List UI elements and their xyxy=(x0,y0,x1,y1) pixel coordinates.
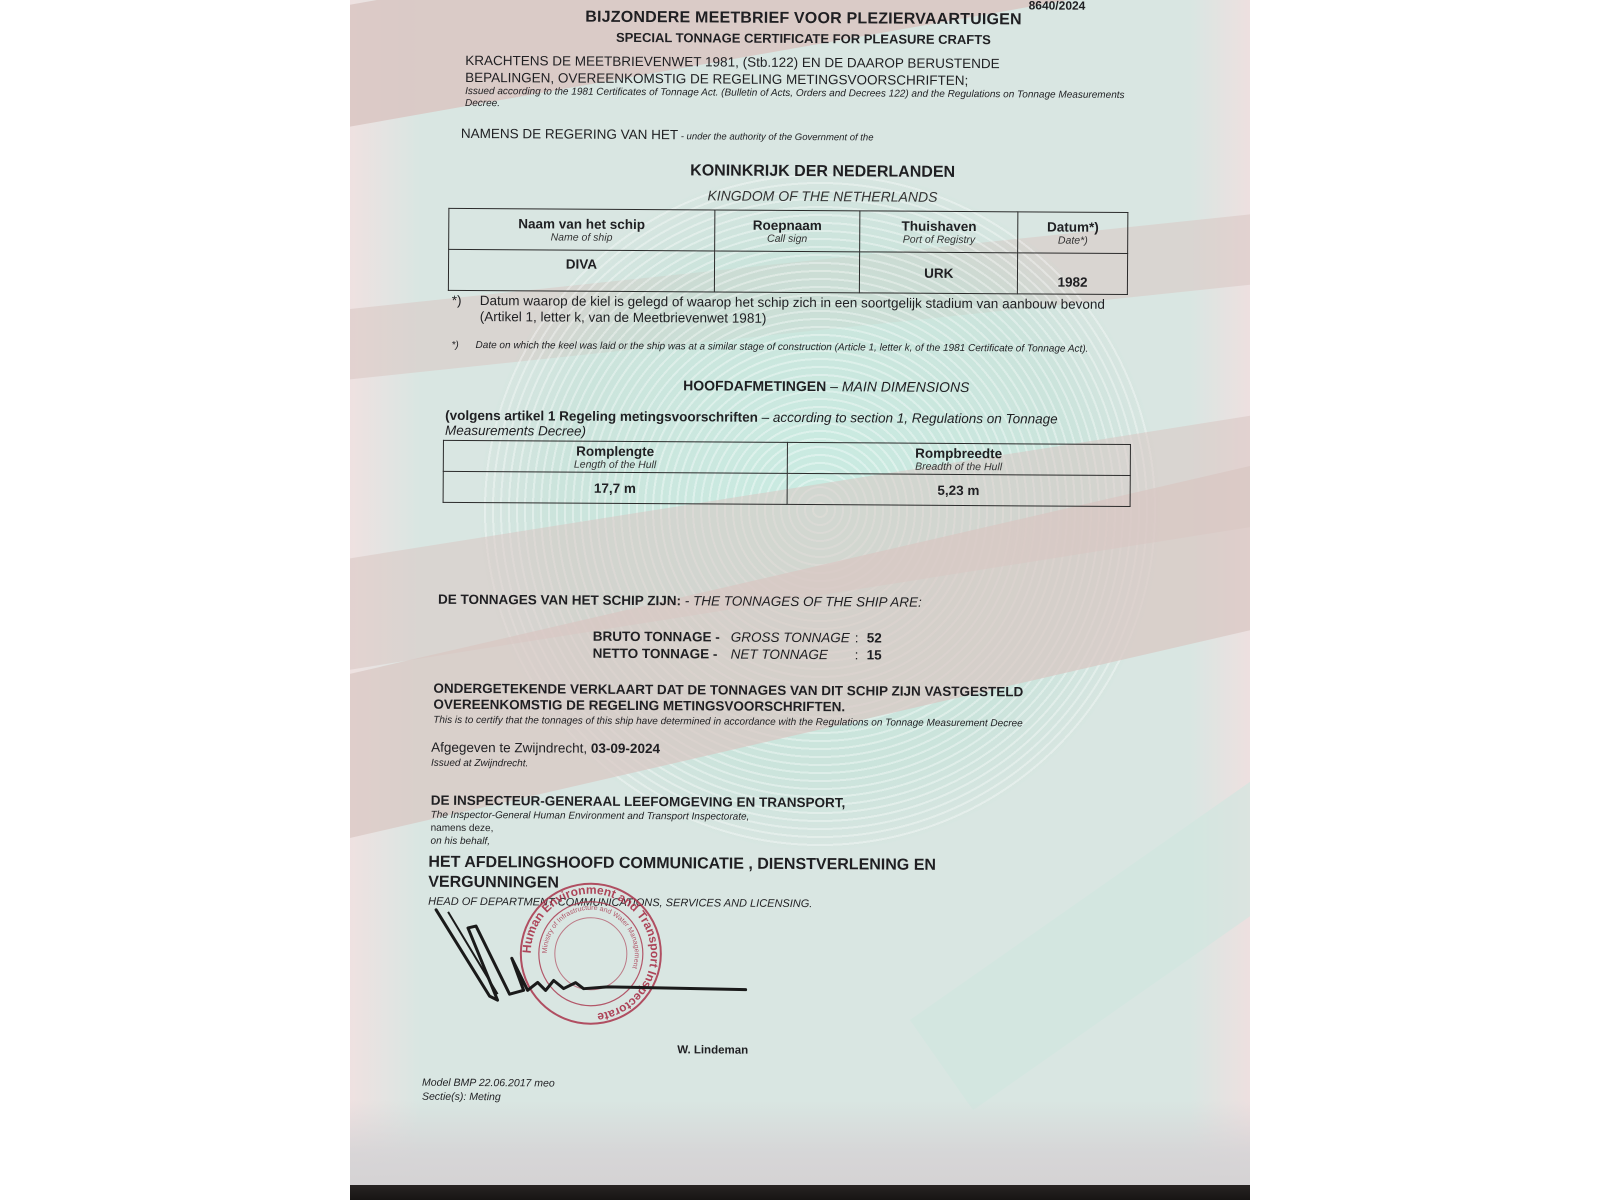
issued-at: Afgegeven te Zwijndrecht, 03-09-2024 xyxy=(431,740,660,756)
header-date: Datum*)Date*) xyxy=(1018,212,1128,254)
port-value: URK xyxy=(860,252,1018,294)
form-model: Model BMP 22.06.2017 meo xyxy=(422,1076,555,1091)
ship-details-table: Naam van het schipName of ship RoepnaamC… xyxy=(448,208,1128,295)
table-row: DIVA URK 1982 xyxy=(448,249,1127,294)
table-header-row: RomplengteLength of the Hull Rompbreedte… xyxy=(443,440,1130,475)
issue-date: 03-09-2024 xyxy=(591,741,660,756)
authority-line: NAMENS DE REGERING VAN HET - under the a… xyxy=(461,126,874,144)
kingdom-dutch: KONINKRIJK DER NEDERLANDEN xyxy=(353,160,1250,183)
inspector-title-english: The Inspector-General Human Environment … xyxy=(431,810,750,823)
certification-dutch: ONDERGETEKENDE VERKLAART DAT DE TONNAGES… xyxy=(433,681,1133,717)
inspector-title-dutch: DE INSPECTEUR-GENERAAL LEEFOMGEVING EN T… xyxy=(431,793,846,811)
title-english: SPECIAL TONNAGE CERTIFICATE FOR PLEASURE… xyxy=(353,28,1250,48)
certification-english: This is to certify that the tonnages of … xyxy=(433,715,1133,731)
footnote-dutch: *) Datum waarop de kiel is gelegd of waa… xyxy=(452,293,1132,329)
table-header-row: Naam van het schipName of ship RoepnaamC… xyxy=(449,208,1128,253)
footnote-mark: *) xyxy=(452,340,459,352)
certificate-sheet: 8640/2024 BIJZONDERE MEETBRIEF VOOR PLEZ… xyxy=(350,0,1250,1185)
hull-length-value: 17,7 m xyxy=(443,471,787,504)
legal-basis-english: Issued according to the 1981 Certificate… xyxy=(465,86,1125,114)
legal-basis-dutch: KRACHTENS DE MEETBRIEVENWET 1981, (Stb.1… xyxy=(465,52,1065,90)
title-dutch: BIJZONDERE MEETBRIEF VOOR PLEZIERVAARTUI… xyxy=(354,7,1250,30)
certificate-content: 8640/2024 BIJZONDERE MEETBRIEF VOOR PLEZ… xyxy=(350,0,1250,1185)
issued-at-english: Issued at Zwijndrecht. xyxy=(431,758,528,770)
signature-icon xyxy=(427,898,758,1020)
header-port: ThuishavenPort of Registry xyxy=(860,211,1018,253)
form-footer: Model BMP 22.06.2017 meo Sectie(s): Meti… xyxy=(422,1076,555,1105)
table-row: 17,7 m 5,23 m xyxy=(443,471,1130,506)
header-hull-breadth: RompbreedteBreadth of the Hull xyxy=(787,442,1131,475)
form-section: Sectie(s): Meting xyxy=(422,1090,555,1105)
net-tonnage-value: 15 xyxy=(867,647,882,662)
call-sign-value xyxy=(714,251,860,293)
net-tonnage-row: NETTO TONNAGE -NET TONNAGE:15 xyxy=(593,646,882,663)
header-ship-name: Naam van het schipName of ship xyxy=(449,208,715,251)
header-hull-length: RomplengteLength of the Hull xyxy=(443,440,787,473)
on-behalf-dutch: namens deze, xyxy=(431,823,494,834)
authority-dutch: NAMENS DE REGERING VAN HET xyxy=(461,126,678,142)
authority-english: - under the authority of the Government … xyxy=(678,131,873,143)
gross-tonnage-value: 52 xyxy=(867,630,882,645)
gross-tonnage-row: BRUTO TONNAGE -GROSS TONNAGE:52 xyxy=(593,629,882,646)
table-surface xyxy=(350,1183,1250,1200)
dimensions-note: (volgens artikel 1 Regeling metingsvoors… xyxy=(445,408,1145,442)
dimensions-heading: HOOFDAFMETINGEN – MAIN DIMENSIONS xyxy=(351,375,1250,396)
footnote-english: *) Date on which the keel was laid or th… xyxy=(452,340,1132,356)
tonnage-intro: DE TONNAGES VAN HET SCHIP ZIJN: - THE TO… xyxy=(438,592,922,610)
date-value: 1982 xyxy=(1018,253,1128,295)
kingdom-english: KINGDOM OF THE NETHERLANDS xyxy=(352,185,1250,206)
footnote-mark: *) xyxy=(452,293,462,309)
header-call-sign: RoepnaamCall sign xyxy=(714,210,860,252)
signer-name: W. Lindeman xyxy=(677,1044,748,1056)
ship-name-value: DIVA xyxy=(448,249,714,292)
dimensions-table: RomplengteLength of the Hull Rompbreedte… xyxy=(443,440,1131,507)
on-behalf-english: on his behalf, xyxy=(430,836,490,847)
hull-breadth-value: 5,23 m xyxy=(787,473,1131,506)
